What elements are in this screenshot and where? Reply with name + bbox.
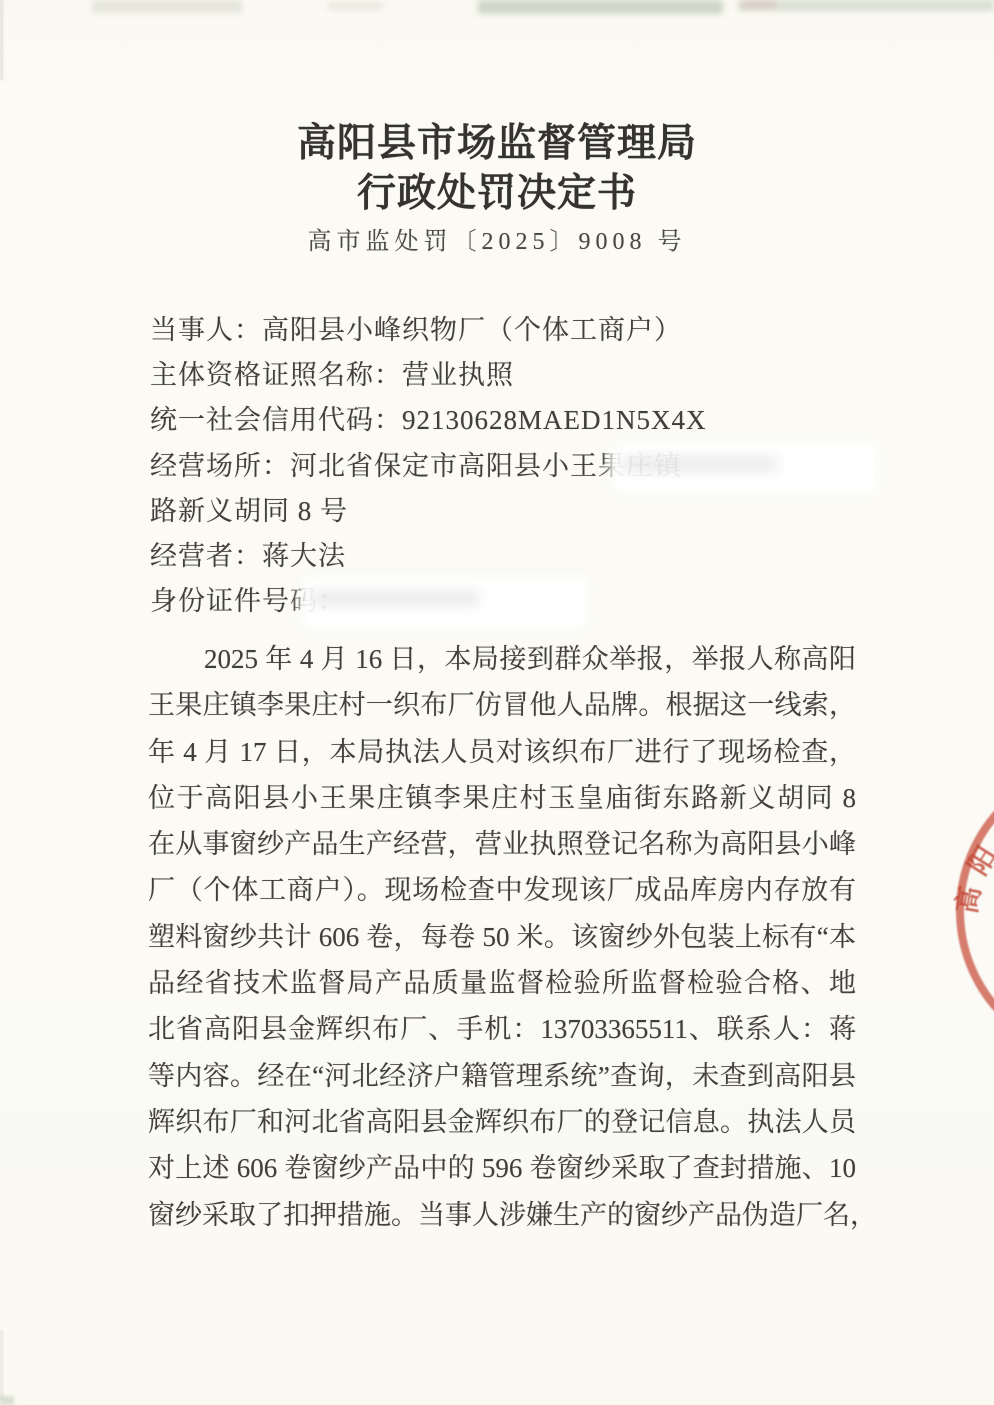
redaction-blurred-text-trace	[312, 590, 479, 606]
redaction-blur-id-number	[306, 580, 584, 626]
body-line: 塑料窗纱共计 606 卷，每卷 50 米。该窗纱外包装上标有“本产	[148, 914, 856, 960]
body-line: 等内容。经在“河北经济户籍管理系统”查询，未查到高阳县金	[148, 1053, 856, 1099]
body-line: 厂（个体工商户）。现场检查中发现该厂成品库房内存放有成品	[148, 867, 856, 913]
official-seal-character: 高	[945, 883, 988, 916]
party-line-license: 主体资格证照名称：营业执照	[150, 353, 870, 398]
body-line: 北省高阳县金辉织布厂、手机：13703365511、联系人：蒋法”	[148, 1006, 856, 1052]
document-number: 高市监处罚〔2025〕9008 号	[0, 221, 994, 256]
body-line: 窗纱采取了扣押措施。当事人涉嫌生产的窗纱产品伪造厂名，	[148, 1192, 856, 1238]
party-line-credit-code: 统一社会信用代码：92130628MAED1N5X4X	[150, 398, 870, 443]
body-line: 对上述 606 卷窗纱产品中的 596 卷窗纱采取了查封措施、10 卷	[148, 1145, 856, 1191]
party-line-name: 当事人：高阳县小峰织物厂（个体工商户）	[150, 308, 870, 353]
party-line-address-2: 路新义胡同 8 号	[150, 489, 870, 534]
body-line: 王果庄镇李果庄村一织布厂仿冒他人品牌。根据这一线索，2025	[148, 682, 856, 728]
party-line-operator: 经营者：蒋大法	[150, 534, 870, 579]
scan-smudge	[738, 0, 994, 11]
scan-edge-mark	[0, 0, 3, 80]
scan-edge-mark	[0, 1330, 3, 1400]
redaction-blur-address	[616, 446, 874, 490]
body-line: 品经省技术监督局产品质量监督检验所监督检验合格、地址：河	[148, 960, 856, 1006]
body-paragraph: 2025 年 4 月 16 日，本局接到群众举报，举报人称高阳县小 王果庄镇李果…	[148, 636, 856, 1238]
scan-smudge	[478, 0, 723, 14]
body-line: 辉织布厂和河北省高阳县金辉织布厂的登记信息。执法人员现场	[148, 1099, 856, 1145]
scan-smudge	[328, 2, 383, 10]
scan-smudge	[742, 1, 776, 8]
body-line: 位于高阳县小王果庄镇李果庄村玉皇庙街东路新义胡同 8 号，正	[148, 775, 856, 821]
scanned-document-page: 高阳县市场监督管理局 行政处罚决定书 高市监处罚〔2025〕9008 号 当事人…	[0, 0, 994, 1405]
scan-smudge	[92, 0, 242, 13]
body-line: 2025 年 4 月 16 日，本局接到群众举报，举报人称高阳县小	[148, 636, 856, 682]
document-type-title: 行政处罚决定书	[0, 162, 994, 218]
redaction-blurred-text-trace	[622, 456, 777, 472]
document-agency-title: 高阳县市场监督管理局	[0, 112, 994, 168]
body-line: 年 4 月 17 日，本局执法人员对该织布厂进行了现场检查，该厂	[148, 729, 856, 775]
body-line: 在从事窗纱产品生产经营，营业执照登记名称为高阳县小峰织物	[148, 821, 856, 867]
scan-edge-mark	[0, 1396, 14, 1405]
